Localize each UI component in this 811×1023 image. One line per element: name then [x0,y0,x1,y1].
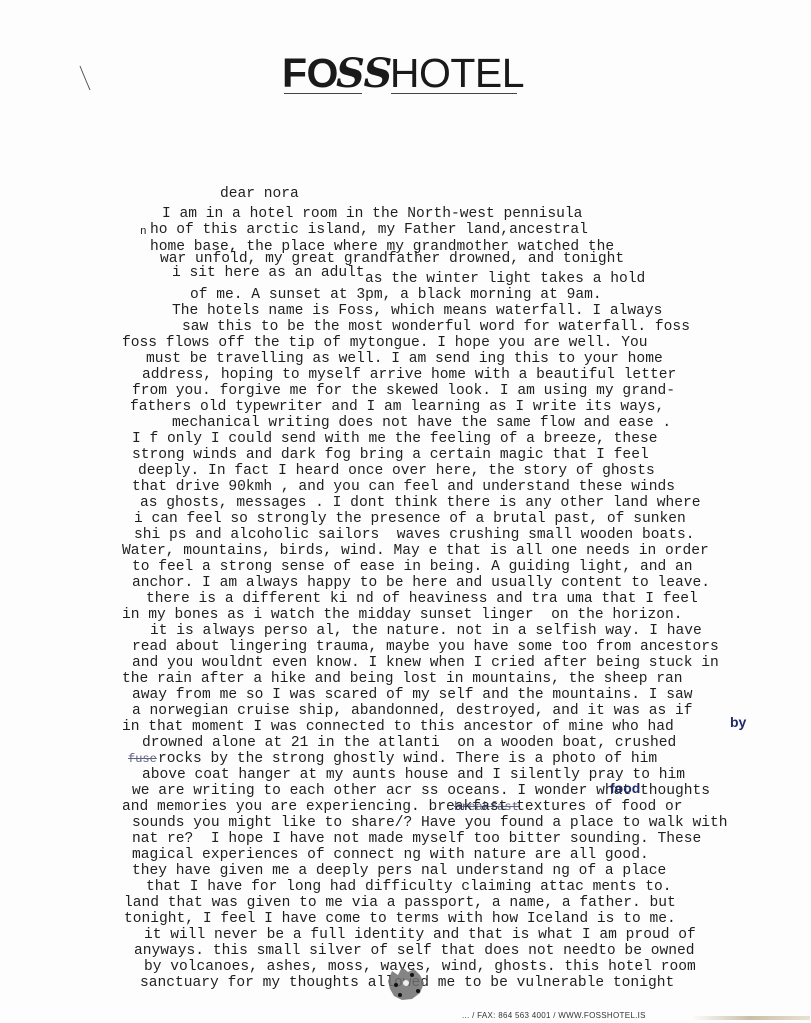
letter-line: strong winds and dark fog bring a certai… [132,447,649,463]
letter-line: shi ps and alcoholic sailors waves crush… [134,527,695,543]
letter-line: it will never be a full identity and tha… [144,927,696,943]
letter-line: as the winter light takes a hold [365,271,645,287]
letter-line: above coat hanger at my aunts house and … [142,767,685,783]
handwritten-correction: food [610,780,640,796]
logo-fo: FO [282,50,338,96]
letter-line: to feel a strong sense of ease in being.… [132,559,693,575]
letter-line: tonight, I feel I have come to terms wit… [124,911,676,927]
letter-line: in my bones as i watch the midday sunset… [122,607,683,623]
letter-line: Water, mountains, birds, wind. May e tha… [122,543,709,559]
letter-line: ho of this arctic island, my Father land… [150,222,588,238]
logo-ss-waves: SS [336,50,392,97]
letter-line: anyways. this small silver of self that … [134,943,695,959]
letter-line: anchor. I am always happy to be here and… [132,575,710,591]
letter-line: there is a different ki nd of heaviness … [146,591,698,607]
letter-line: that I have for long had difficulty clai… [146,879,671,895]
letter-line: from you. forgive me for the skewed look… [132,383,675,399]
letter-line: nat re? I hope I have not made myself to… [132,831,701,847]
iceland-map-stamp-icon [382,963,428,1003]
letter-line: address, hoping to myself arrive home wi… [142,367,676,383]
pen-mark-icon [78,64,92,94]
stray-character: n [140,224,147,240]
letter-line: away from me so I was scared of my self … [132,687,693,703]
letter-line: in that moment I was connected to this a… [122,719,674,735]
letter-line: of me. A sunset at 3pm, a black morning … [190,287,602,303]
letter-line: I am in a hotel room in the North-west p… [162,206,582,222]
letter-line: as ghosts, messages . I dont think there… [140,495,701,511]
letter-line: must be travelling as well. I am send in… [146,351,663,367]
fosshotel-logo: FOSSHOTEL [282,50,524,97]
logo-hotel: HOTEL [390,50,524,96]
letter-line: land that was given to me via a passport… [124,895,676,911]
salutation: dear nora [220,186,299,202]
letter-line: and you wouldnt even know. I knew when I… [132,655,719,671]
letter-line: they have given me a deeply pers nal und… [132,863,666,879]
struck-word: breakfast [454,799,519,815]
letter-line: the rain after a hike and being lost in … [122,671,683,687]
letter-line: mechanical writing does not have the sam… [172,415,671,431]
footer-contact: ... / FAX: 864 563 4001 / WWW.FOSSHOTEL.… [462,1011,646,1020]
letter-line: read about lingering trauma, maybe you h… [132,639,719,655]
handwritten-correction: by [730,714,746,730]
letter-line: it is always perso al, the nature. not i… [150,623,702,639]
scan-smudge [690,1016,810,1020]
letter-line: i sit here as an adult [172,265,365,281]
struck-word: fuse [128,751,157,767]
letter-line: magical experiences of connect ng with n… [132,847,649,863]
letter-line: that drive 90kmh , and you can feel and … [132,479,675,495]
logo-underline-left [284,93,362,94]
letter-line: deeply. In fact I heard once over here, … [138,463,655,479]
letter-page: FOSSHOTEL dear nora n I am in a hotel ro… [0,0,811,1023]
letter-line: rocks by the strong ghostly wind. There … [158,751,657,767]
letter-line: The hotels name is Foss, which means wat… [172,303,662,319]
letter-line: fathers old typewriter and I am learning… [130,399,664,415]
letter-line: I f only I could send with me the feelin… [132,431,657,447]
logo-underline-right [391,93,517,94]
letter-line: drowned alone at 21 in the atlanti on a … [142,735,676,751]
letter-line: i can feel so strongly the presence of a… [134,511,686,527]
letter-line: a norwegian cruise ship, abandonned, des… [132,703,693,719]
letter-line: and memories you are experiencing. break… [122,799,683,815]
letter-line: sounds you might like to share/? Have yo… [132,815,728,831]
letter-line: saw this to be the most wonderful word f… [182,319,690,335]
letter-line: foss flows off the tip of mytongue. I ho… [122,335,647,351]
